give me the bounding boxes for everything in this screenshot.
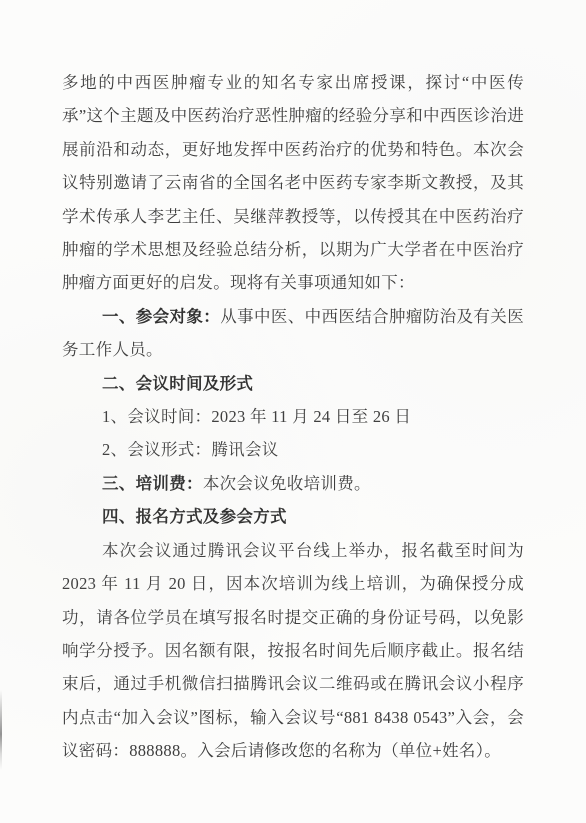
scan-edge-artifact	[0, 690, 2, 770]
section-2-heading: 二、会议时间及形式	[62, 367, 524, 400]
registration-paragraph: 本次会议通过腾讯会议平台线上举办，报名截至时间为 2023 年 11 月 20 …	[62, 534, 524, 768]
section-3-text: 本次会议免收培训费。	[203, 474, 371, 493]
section-3-label: 三、培训费：	[102, 474, 203, 493]
intro-paragraph: 多地的中西医肿瘤专业的知名专家出席授课，探讨“中医传承”这个主题及中医药治疗恶性…	[62, 66, 524, 300]
notice-body: 多地的中西医肿瘤专业的知名专家出席授课，探讨“中医传承”这个主题及中医药治疗恶性…	[62, 66, 524, 768]
section-2-item-meeting-time: 1、会议时间：2023 年 11 月 24 日至 26 日	[62, 400, 524, 433]
section-1-participants: 一、参会对象：从事中医、中西医结合肿瘤防治及有关医务工作人员。	[62, 300, 524, 367]
section-2-item-meeting-format: 2、会议形式：腾讯会议	[62, 433, 524, 466]
section-3-training-fee: 三、培训费：本次会议免收培训费。	[62, 467, 524, 500]
section-4-heading: 四、报名方式及参会方式	[62, 500, 524, 533]
document-page: 多地的中西医肿瘤专业的知名专家出席授课，探讨“中医传承”这个主题及中医药治疗恶性…	[0, 0, 586, 823]
section-1-label: 一、参会对象：	[102, 307, 220, 326]
